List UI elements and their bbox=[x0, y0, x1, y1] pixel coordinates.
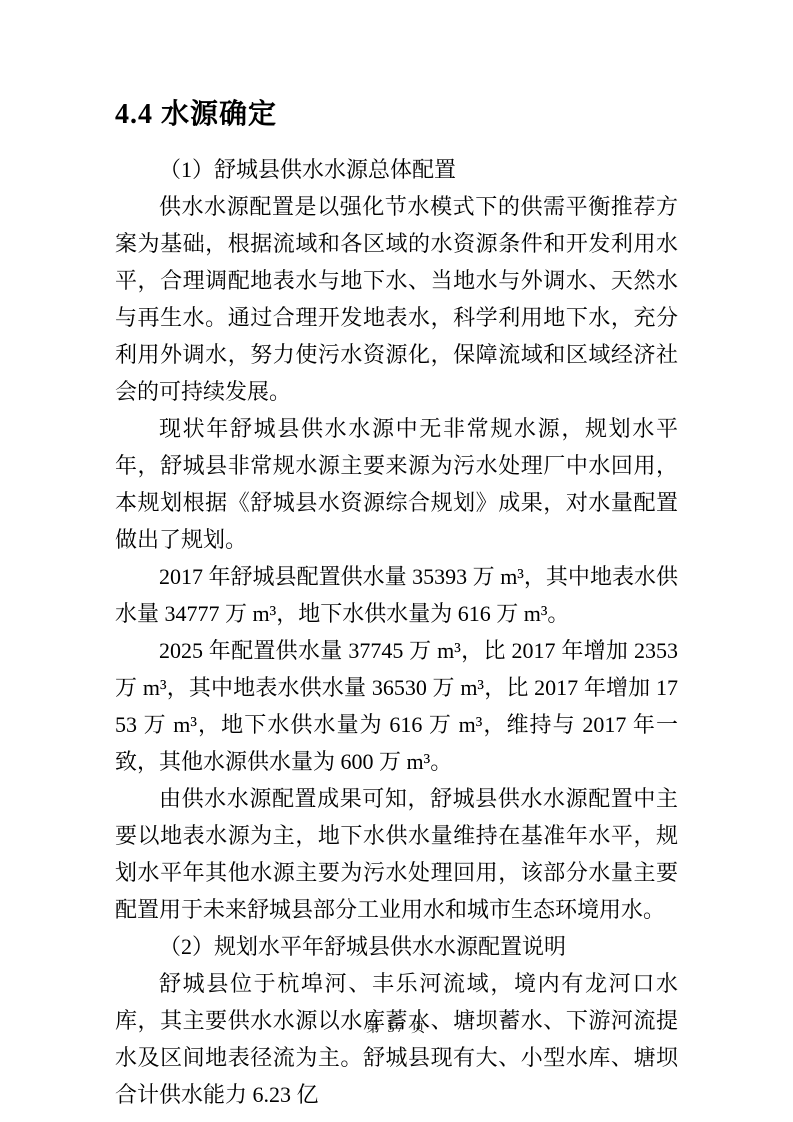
paragraph-current-unconventional-sources: 现状年舒城县供水水源中无非常规水源，规划水平年，舒城县非常规水源主要来源为污水处… bbox=[115, 410, 678, 558]
paragraph-allocation-conclusion: 由供水水源配置成果可知，舒城县供水水源配置中主要以地表水源为主，地下水供水量维持… bbox=[115, 780, 678, 928]
paragraph-2017-supply-figures: 2017 年舒城县配置供水量 35393 万 m³，其中地表水供水量 34777… bbox=[115, 558, 678, 632]
subsection-2-title: （2）规划水平年舒城县供水水源配置说明 bbox=[115, 928, 678, 965]
paragraph-2025-supply-figures: 2025 年配置供水量 37745 万 m³，比 2017 年增加 2353 万… bbox=[115, 632, 678, 780]
section-heading: 4.4 水源确定 bbox=[115, 96, 678, 134]
page-number-footer: 第 57 页 bbox=[115, 1019, 678, 1039]
paragraph-river-basins-reservoirs: 舒城县位于杭埠河、丰乐河流域，境内有龙河口水库，其主要供水水源以水库蓄水、塘坝蓄… bbox=[115, 965, 678, 1113]
document-content: 4.4 水源确定 （1）舒城县供水水源总体配置 供水水源配置是以强化节水模式下的… bbox=[115, 96, 678, 1113]
subsection-1-title: （1）舒城县供水水源总体配置 bbox=[115, 151, 678, 188]
paragraph-water-source-allocation: 供水水源配置是以强化节水模式下的供需平衡推荐方案为基础，根据流域和各区域的水资源… bbox=[115, 188, 678, 410]
document-page: 4.4 水源确定 （1）舒城县供水水源总体配置 供水水源配置是以强化节水模式下的… bbox=[0, 0, 793, 1122]
